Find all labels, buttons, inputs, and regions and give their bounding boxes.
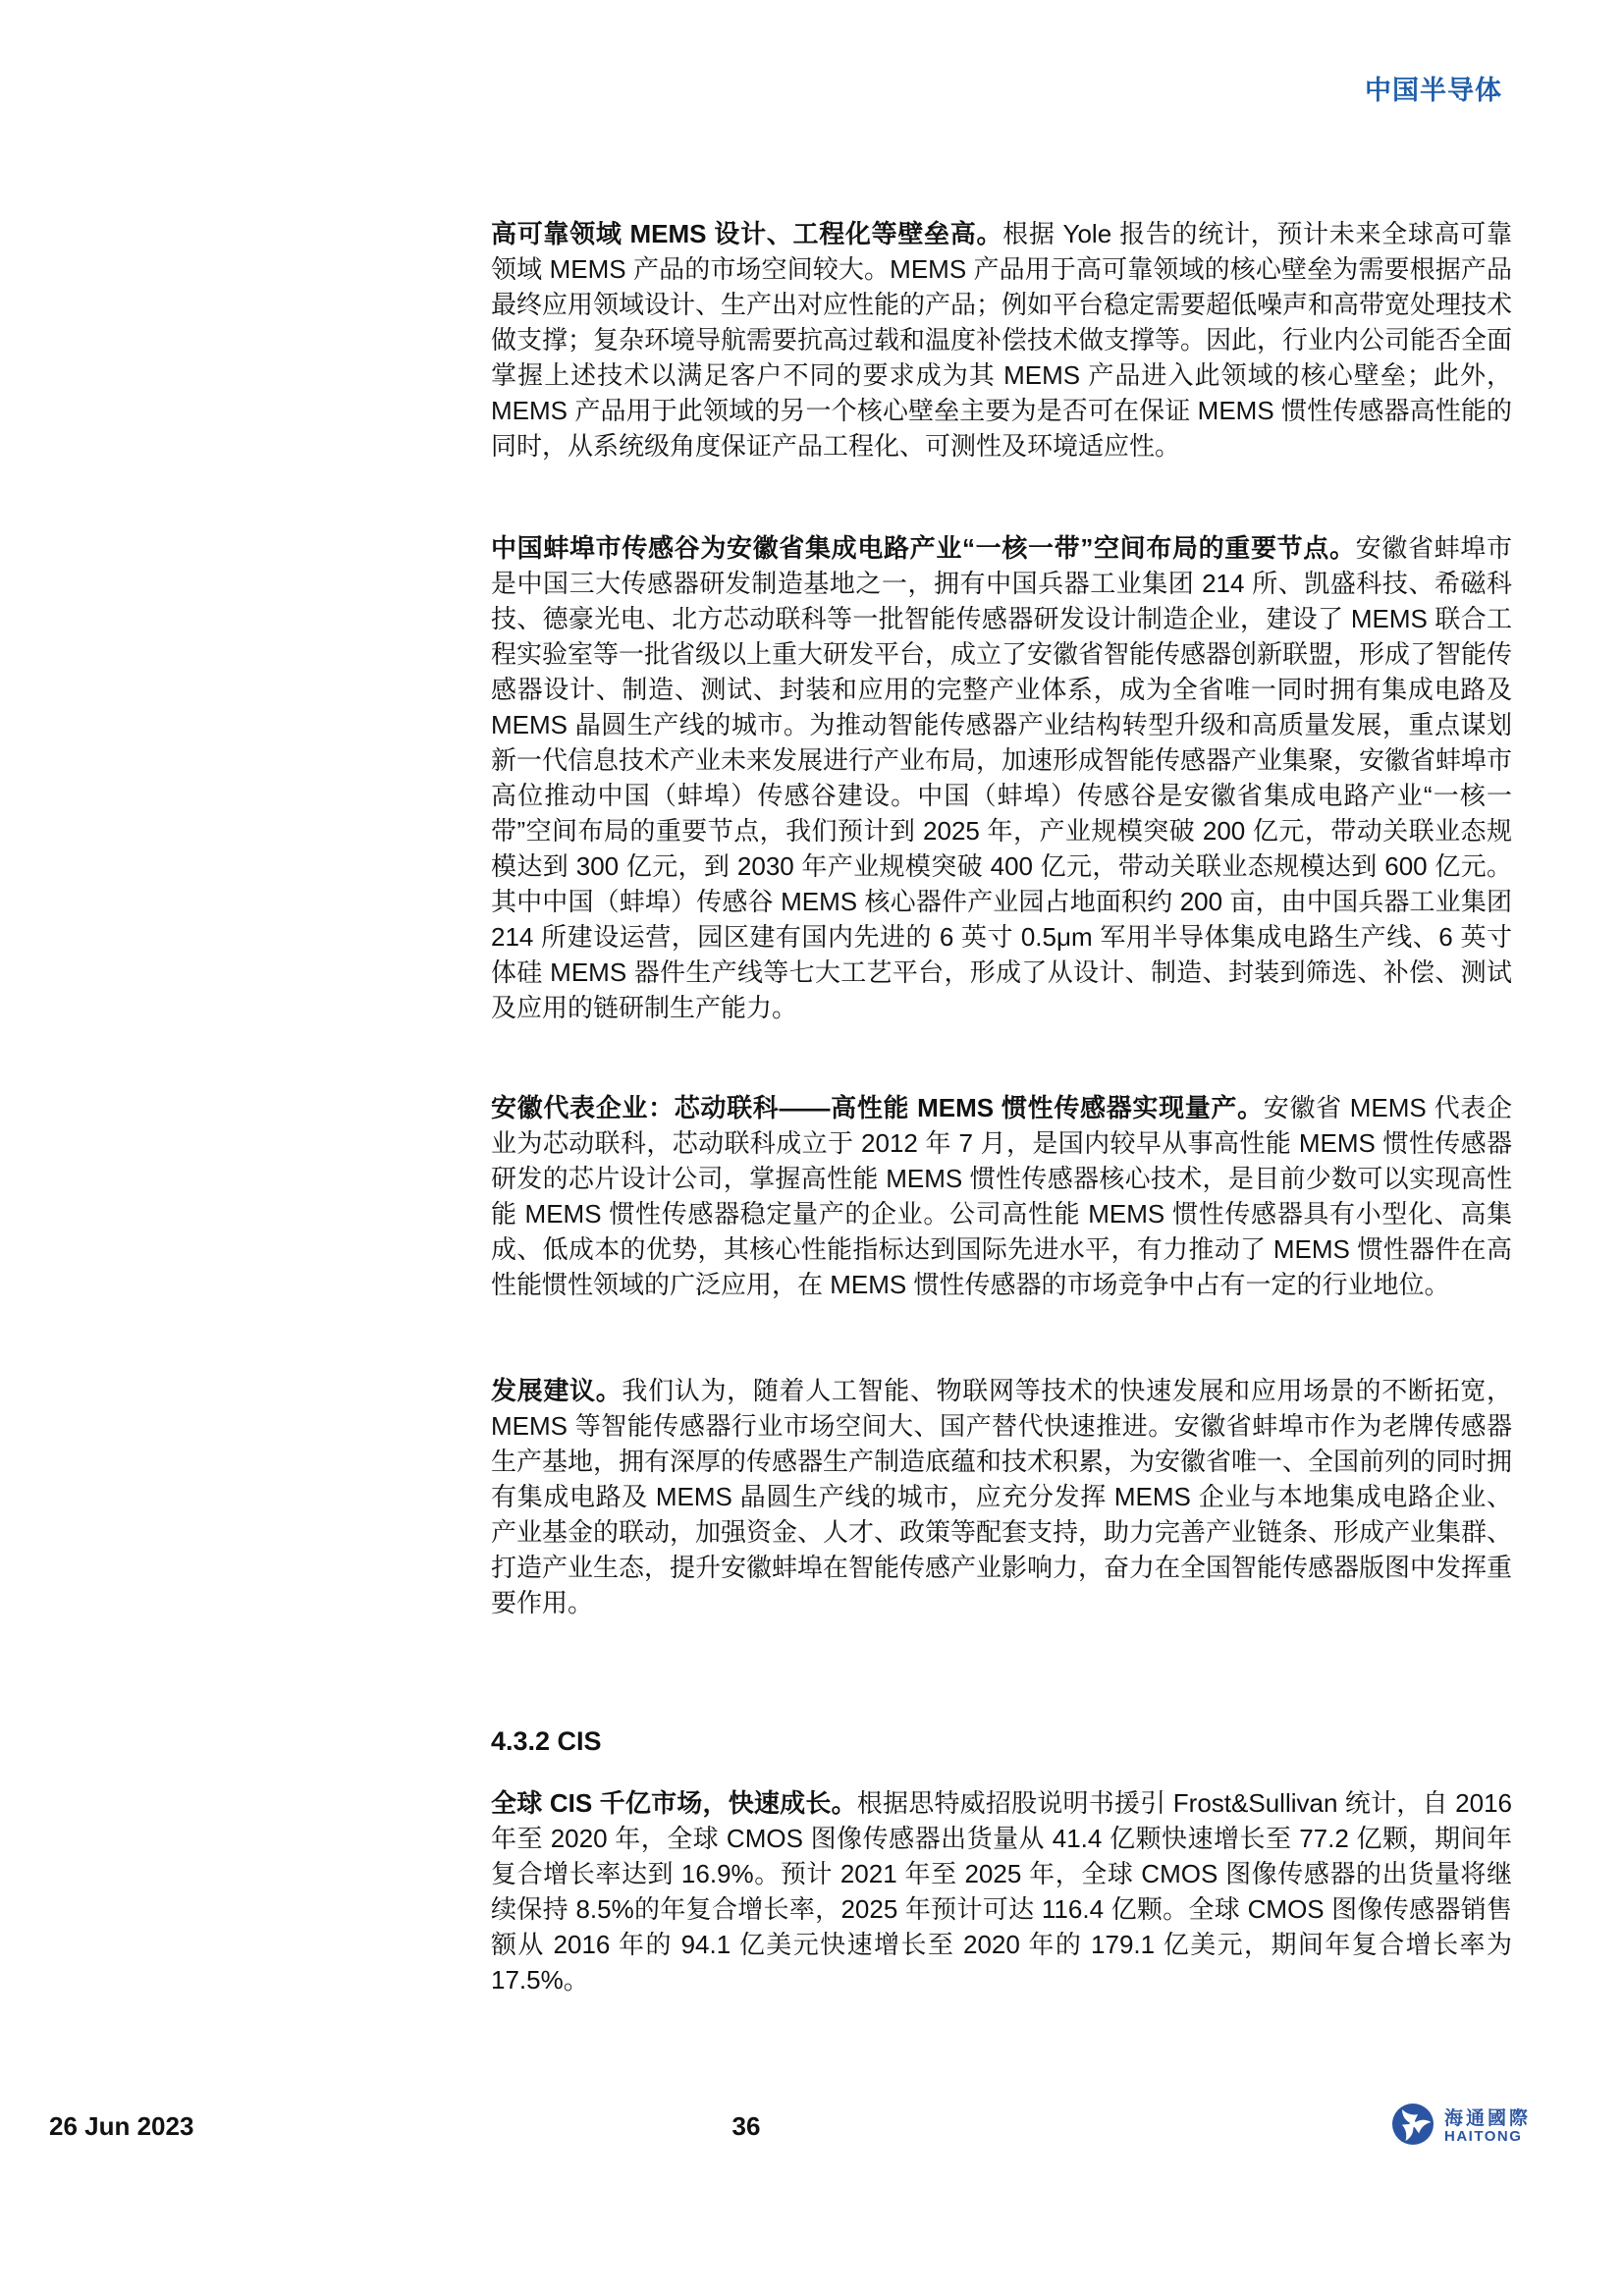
paragraph-text: 根据 Yole 报告的统计，预计未来全球高可靠领域 MEMS 产品的市场空间较大… (491, 219, 1512, 461)
haitong-logo-text: 海通國際 HAITONG (1444, 2109, 1531, 2145)
body-paragraph: 全球 CIS 千亿市场，快速成长。根据思特威招股说明书援引 Frost&Sull… (491, 1785, 1512, 1997)
footer-date: 26 Jun 2023 (49, 2111, 193, 2142)
body-paragraph: 安徽代表企业：芯动联科——高性能 MEMS 惯性传感器实现量产。安徽省 MEMS… (491, 1090, 1512, 1302)
report-header-title: 中国半导体 (1227, 69, 1502, 107)
haitong-logo-icon (1390, 2102, 1435, 2152)
logo-text-en: HAITONG (1444, 2129, 1531, 2145)
paragraph-lead: 安徽代表企业：芯动联科——高性能 MEMS 惯性传感器实现量产。 (491, 1093, 1264, 1122)
section-heading: 4.3.2 CIS (491, 1726, 602, 1757)
paragraph-text: 我们认为，随着人工智能、物联网等技术的快速发展和应用场景的不断拓宽，MEMS 等… (491, 1376, 1512, 1617)
paragraph-text: 安徽省蚌埠市是中国三大传感器研发制造基地之一，拥有中国兵器工业集团 214 所、… (491, 533, 1512, 1022)
body-paragraph: 高可靠领域 MEMS 设计、工程化等壁垒高。根据 Yole 报告的统计，预计未来… (491, 216, 1512, 464)
page-number: 36 (702, 2111, 790, 2142)
body-paragraph: 发展建议。我们认为，随着人工智能、物联网等技术的快速发展和应用场景的不断拓宽，M… (491, 1373, 1512, 1620)
report-page: 中国半导体 高可靠领域 MEMS 设计、工程化等壁垒高。根据 Yole 报告的统… (0, 0, 1624, 2296)
body-paragraph: 中国蚌埠市传感谷为安徽省集成电路产业“一核一带”空间布局的重要节点。安徽省蚌埠市… (491, 530, 1512, 1025)
paragraph-lead: 中国蚌埠市传感谷为安徽省集成电路产业“一核一带”空间布局的重要节点。 (491, 533, 1356, 563)
haitong-logo: 海通國際 HAITONG (1390, 2102, 1531, 2152)
paragraph-lead: 全球 CIS 千亿市场，快速成长。 (491, 1788, 857, 1818)
paragraph-text: 安徽省 MEMS 代表企业为芯动联科，芯动联科成立于 2012 年 7 月，是国… (491, 1093, 1512, 1299)
paragraph-text: 根据思特威招股说明书援引 Frost&Sullivan 统计，自 2016 年至… (491, 1788, 1512, 1995)
paragraph-lead: 发展建议。 (491, 1376, 622, 1405)
logo-text-cn: 海通國際 (1444, 2109, 1531, 2129)
paragraph-lead: 高可靠领域 MEMS 设计、工程化等壁垒高。 (491, 219, 1002, 248)
